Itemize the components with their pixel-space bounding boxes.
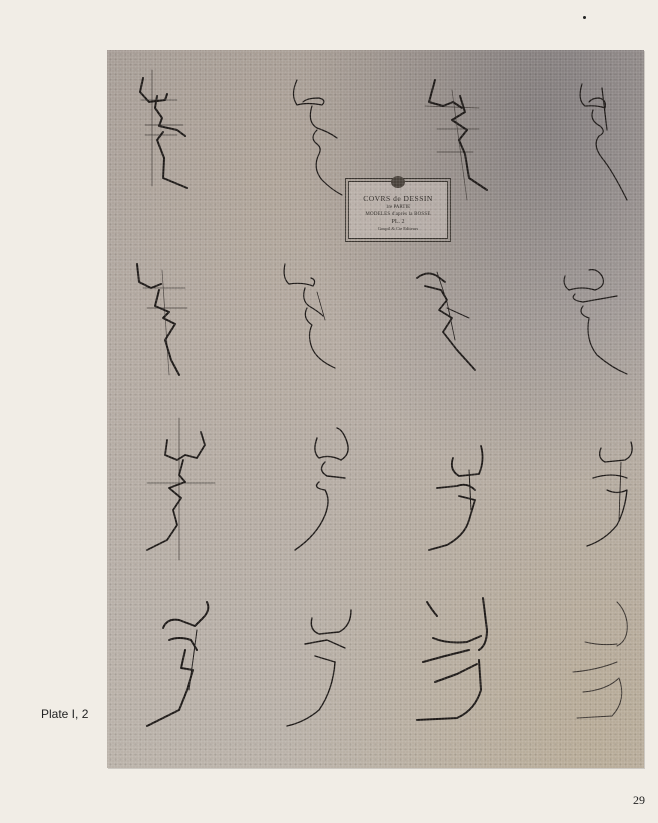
sketch-r2-c4	[564, 270, 627, 374]
plate-caption: Plate I, 2	[41, 707, 88, 721]
drawing-plate: COVRS de DESSIN 1re PARTIE MODELES d'apr…	[107, 50, 644, 768]
page-speck	[583, 16, 586, 19]
sketch-r2-c3	[417, 272, 475, 370]
label-title: COVRS de DESSIN	[349, 195, 447, 203]
page-number: 29	[633, 793, 645, 808]
plate-label-cartouche: COVRS de DESSIN 1re PARTIE MODELES d'apr…	[348, 181, 448, 239]
sketch-r3-c2	[295, 428, 348, 550]
mouth-profile-sketches	[107, 50, 644, 768]
sketch-r4-c4	[573, 602, 627, 718]
cherub-ornament-icon	[391, 176, 405, 188]
sketch-r4-c2	[287, 610, 351, 726]
sketch-r1-c2	[294, 80, 343, 195]
label-subtitle: MODELES d'après la BOSSE	[349, 212, 447, 217]
sketch-r1-c4	[580, 84, 627, 200]
label-part: 1re PARTIE	[349, 205, 447, 210]
label-plate-number: PL. 2	[349, 219, 447, 225]
label-publisher: Goupil & Cie Editeurs	[349, 227, 447, 232]
sketch-r3-c3	[429, 446, 483, 550]
sketch-r2-c1	[137, 264, 187, 375]
sketch-r4-c1	[147, 602, 208, 726]
sketch-r2-c2	[284, 264, 335, 368]
sketch-r1-c1	[140, 70, 187, 188]
sketch-r3-c4	[587, 442, 632, 546]
sketch-r3-c1	[147, 418, 215, 560]
sketch-r4-c3	[417, 598, 487, 720]
